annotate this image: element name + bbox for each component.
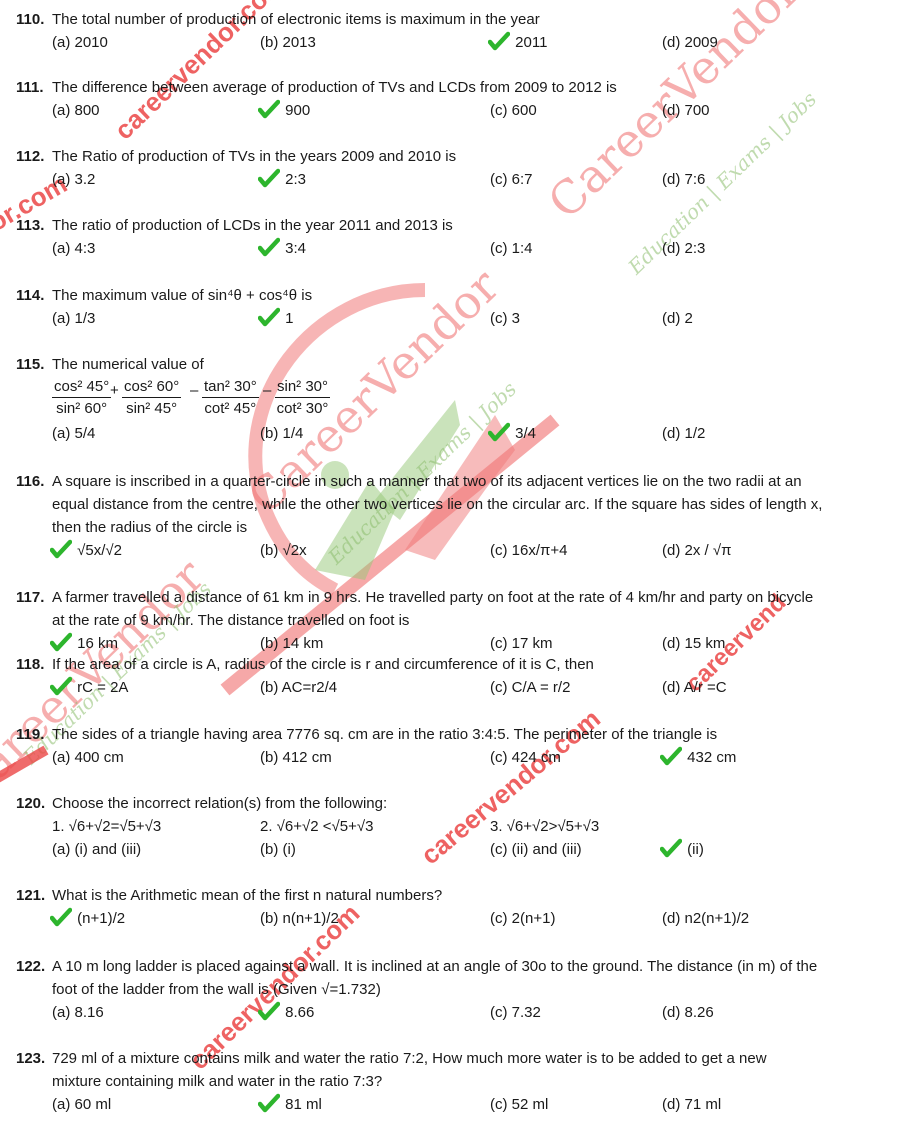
- question-text: then the radius of the circle is: [52, 516, 880, 539]
- option-a[interactable]: 16 km: [52, 632, 118, 655]
- option-label: (c) 424 cm: [490, 749, 561, 766]
- question-text: If the area of a circle is A, radius of …: [52, 653, 880, 676]
- option-a[interactable]: (a) 5/4: [52, 422, 95, 445]
- question-number: 120.: [16, 792, 45, 815]
- option-label: (b) AC=r2/4: [260, 679, 337, 696]
- question-line: 117.A farmer travelled a distance of 61 …: [0, 586, 900, 609]
- question-text: equal distance from the centre, while th…: [52, 493, 880, 516]
- question-text: mixture containing milk and water in the…: [52, 1070, 880, 1093]
- option-label: (d) n2(n+1)/2: [662, 910, 749, 927]
- question-number: 111.: [16, 76, 44, 99]
- expression-operator: –: [190, 382, 198, 399]
- option-label: 1: [285, 310, 293, 327]
- option-b[interactable]: 900: [260, 99, 310, 122]
- options-row: (a) 1/3 1(c) 3(d) 2: [0, 307, 900, 330]
- option-label: (d) A/r =C: [662, 679, 727, 696]
- option-d[interactable]: (ii): [662, 838, 704, 861]
- option-label: 432 cm: [687, 749, 736, 766]
- option-label: (d) 15 km: [662, 635, 725, 652]
- option-b[interactable]: 3:4: [260, 237, 306, 260]
- option-label: (a) 1/3: [52, 310, 95, 327]
- question-number: 123.: [16, 1047, 45, 1070]
- option-d[interactable]: (d) A/r =C: [662, 676, 727, 699]
- option-label: (c) 17 km: [490, 635, 553, 652]
- options-row: (a) (i) and (iii)(b) (i)(c) (ii) and (ii…: [0, 838, 900, 861]
- option-label: (a) 2010: [52, 34, 108, 51]
- option-label: (d) 7:6: [662, 171, 705, 188]
- question-text: foot of the ladder from the wall is (Giv…: [52, 978, 880, 1001]
- option-c[interactable]: 3/4: [490, 422, 536, 445]
- option-a[interactable]: (a) 1/3: [52, 307, 95, 330]
- option-b[interactable]: (b) 14 km: [260, 632, 323, 655]
- option-label: (c) 3: [490, 310, 520, 327]
- option-label: (d) 2009: [662, 34, 718, 51]
- question-line: 122.A 10 m long ladder is placed against…: [0, 955, 900, 978]
- option-d[interactable]: 432 cm: [662, 746, 736, 769]
- question-line: 115.The numerical value of: [0, 353, 900, 376]
- correct-check-icon: [52, 634, 72, 650]
- question-number: 118.: [16, 653, 44, 676]
- option-a[interactable]: (a) 3.2: [52, 168, 95, 191]
- option-a[interactable]: (a) (i) and (iii): [52, 838, 141, 861]
- fraction-denominator: sin² 45°: [122, 398, 181, 419]
- question-text: at the rate of 9 km/hr. The distance tra…: [52, 609, 880, 632]
- option-label: (a) 4:3: [52, 240, 95, 257]
- option-label: (c) 7.32: [490, 1004, 541, 1021]
- option-a[interactable]: (n+1)/2: [52, 907, 125, 930]
- option-label: (b) 412 cm: [260, 749, 332, 766]
- statement: 1. √6+√2=√5+√3: [52, 815, 161, 838]
- option-c[interactable]: (c) 16x/π+4: [490, 539, 567, 562]
- question-text: A 10 m long ladder is placed against a w…: [52, 955, 880, 978]
- correct-check-icon: [260, 239, 280, 255]
- option-c[interactable]: (c) 6:7: [490, 168, 533, 191]
- correct-check-icon: [662, 840, 682, 856]
- option-a[interactable]: (a) 60 ml: [52, 1093, 111, 1116]
- correct-check-icon: [52, 541, 72, 557]
- fraction-numerator: cos² 60°: [122, 376, 181, 398]
- question-text: What is the Arithmetic mean of the first…: [52, 884, 880, 907]
- option-label: 81 ml: [285, 1096, 322, 1113]
- question-text: The sides of a triangle having area 7776…: [52, 723, 880, 746]
- question-115: 115.The numerical value ofcos² 45°sin² 6…: [0, 353, 900, 445]
- option-label: (a) 8.16: [52, 1004, 104, 1021]
- option-d[interactable]: (d) 71 ml: [662, 1093, 721, 1116]
- options-row: √5x/√2(b) √2x(c) 16x/π+4(d) 2x / √π: [0, 539, 900, 562]
- option-b[interactable]: (b) 1/4: [260, 422, 303, 445]
- question-number: 116.: [16, 470, 44, 493]
- question-line: 111.The difference between average of pr…: [0, 76, 900, 99]
- correct-check-icon: [662, 748, 682, 764]
- options-row: (n+1)/2(b) n(n+1)/2(c) 2(n+1)(d) n2(n+1)…: [0, 907, 900, 930]
- correct-check-icon: [52, 678, 72, 694]
- fraction-denominator: sin² 60°: [52, 398, 111, 419]
- options-row: (a) 800 900(c) 600(d) 700: [0, 99, 900, 122]
- option-c[interactable]: (c) 600: [490, 99, 537, 122]
- question-line: 112.The Ratio of production of TVs in th…: [0, 145, 900, 168]
- option-c[interactable]: (c) 424 cm: [490, 746, 561, 769]
- option-c[interactable]: (c) 2(n+1): [490, 907, 555, 930]
- fraction-numerator: tan² 30°: [202, 376, 259, 398]
- statement: 2. √6+√2 <√5+√3: [260, 815, 373, 838]
- question-116: 116.A square is inscribed in a quarter-c…: [0, 470, 900, 562]
- option-b[interactable]: (b) (i): [260, 838, 296, 861]
- question-line: 118.If the area of a circle is A, radius…: [0, 653, 900, 676]
- option-d[interactable]: (d) 1/2: [662, 422, 705, 445]
- options-row: 16 km(b) 14 km(c) 17 km(d) 15 km: [0, 632, 900, 655]
- option-label: (a) 800: [52, 102, 100, 119]
- question-line: 119.The sides of a triangle having area …: [0, 723, 900, 746]
- option-label: (d) 8.26: [662, 1004, 714, 1021]
- question-118: 118.If the area of a circle is A, radius…: [0, 653, 900, 699]
- option-label: (d) 2: [662, 310, 693, 327]
- option-b[interactable]: (b) 412 cm: [260, 746, 332, 769]
- option-d[interactable]: (d) 15 km: [662, 632, 725, 655]
- options-row: rC = 2A(b) AC=r2/4(c) C/A = r/2(d) A/r =…: [0, 676, 900, 699]
- option-label: (ii): [687, 841, 704, 858]
- question-121: 121.What is the Arithmetic mean of the f…: [0, 884, 900, 930]
- expression-operator: –: [263, 382, 271, 399]
- option-a[interactable]: (a) 4:3: [52, 237, 95, 260]
- question-text: The numerical value of: [52, 353, 880, 376]
- question-number: 121.: [16, 884, 45, 907]
- option-label: (a) 400 cm: [52, 749, 124, 766]
- options-row: (a) 5/4(b) 1/4 3/4(d) 1/2: [0, 422, 900, 445]
- question-number: 114.: [16, 284, 44, 307]
- question-text: A square is inscribed in a quarter-circl…: [52, 470, 880, 493]
- option-label: (c) 6:7: [490, 171, 533, 188]
- options-row: (a) 4:3 3:4(c) 1:4(d) 2:3: [0, 237, 900, 260]
- question-line: 116.A square is inscribed in a quarter-c…: [0, 470, 900, 493]
- fraction-denominator: cot² 30°: [275, 398, 330, 419]
- option-label: 16 km: [77, 635, 118, 652]
- question-line: 114.The maximum value of sin⁴θ + cos⁴θ i…: [0, 284, 900, 307]
- option-d[interactable]: (d) 8.26: [662, 1001, 714, 1024]
- option-label: (a) 60 ml: [52, 1096, 111, 1113]
- question-line: 110.The total number of production of el…: [0, 8, 900, 31]
- question-text: 729 ml of a mixture contains milk and wa…: [52, 1047, 880, 1070]
- option-label: (c) 52 ml: [490, 1096, 548, 1113]
- question-line: foot of the ladder from the wall is (Giv…: [0, 978, 900, 1001]
- option-label: 2011: [515, 34, 547, 51]
- option-c[interactable]: (c) 52 ml: [490, 1093, 548, 1116]
- question-number: 119.: [16, 723, 44, 746]
- option-label: (b) 1/4: [260, 425, 303, 442]
- fraction: sin² 30°cot² 30°: [275, 376, 330, 419]
- options-row: (a) 60 ml 81 ml(c) 52 ml(d) 71 ml: [0, 1093, 900, 1116]
- fraction-numerator: cos² 45°: [52, 376, 111, 398]
- question-text: The total number of production of electr…: [52, 8, 880, 31]
- option-label: 2:3: [285, 171, 306, 188]
- question-line: 121.What is the Arithmetic mean of the f…: [0, 884, 900, 907]
- question-122: 122.A 10 m long ladder is placed against…: [0, 955, 900, 1024]
- option-a[interactable]: √5x/√2: [52, 539, 122, 562]
- question-number: 115.: [16, 353, 44, 376]
- option-label: (c) C/A = r/2: [490, 679, 570, 696]
- option-d[interactable]: (d) 700: [662, 99, 710, 122]
- question-number: 112.: [16, 145, 44, 168]
- option-label: (d) 71 ml: [662, 1096, 721, 1113]
- correct-check-icon: [260, 1003, 280, 1019]
- question-119: 119.The sides of a triangle having area …: [0, 723, 900, 769]
- option-label: (b) √2x: [260, 542, 307, 559]
- fraction-denominator: cot² 45°: [202, 398, 259, 419]
- option-c[interactable]: 2011: [490, 31, 547, 54]
- option-label: (d) 2x / √π: [662, 542, 731, 559]
- question-text: The difference between average of produc…: [52, 76, 880, 99]
- question-120: 120.Choose the incorrect relation(s) fro…: [0, 792, 900, 861]
- question-110: 110.The total number of production of el…: [0, 8, 900, 54]
- option-b[interactable]: (b) n(n+1)/2: [260, 907, 339, 930]
- option-d[interactable]: (d) n2(n+1)/2: [662, 907, 749, 930]
- option-label: (d) 2:3: [662, 240, 705, 257]
- option-label: 8.66: [285, 1004, 314, 1021]
- option-d[interactable]: (d) 7:6: [662, 168, 705, 191]
- option-d[interactable]: (d) 2x / √π: [662, 539, 731, 562]
- correct-check-icon: [490, 424, 510, 440]
- question-111: 111.The difference between average of pr…: [0, 76, 900, 122]
- option-d[interactable]: (d) 2: [662, 307, 693, 330]
- question-line: equal distance from the centre, while th…: [0, 493, 900, 516]
- correct-check-icon: [260, 170, 280, 186]
- question-line: mixture containing milk and water in the…: [0, 1070, 900, 1093]
- correct-check-icon: [260, 1095, 280, 1111]
- options-row: (a) 400 cm(b) 412 cm(c) 424 cm 432 cm: [0, 746, 900, 769]
- option-label: (c) (ii) and (iii): [490, 841, 582, 858]
- options-row: (a) 3.2 2:3(c) 6:7(d) 7:6: [0, 168, 900, 191]
- option-a[interactable]: rC = 2A: [52, 676, 128, 699]
- question-text: A farmer travelled a distance of 61 km i…: [52, 586, 880, 609]
- option-a[interactable]: (a) 800: [52, 99, 100, 122]
- option-b[interactable]: (b) AC=r2/4: [260, 676, 337, 699]
- option-label: (b) 14 km: [260, 635, 323, 652]
- correct-check-icon: [260, 101, 280, 117]
- option-b[interactable]: 81 ml: [260, 1093, 322, 1116]
- question-number: 122.: [16, 955, 45, 978]
- option-label: (d) 1/2: [662, 425, 705, 442]
- option-b[interactable]: 1: [260, 307, 294, 330]
- option-label: (b) (i): [260, 841, 296, 858]
- option-label: (c) 600: [490, 102, 537, 119]
- option-label: rC = 2A: [77, 679, 128, 696]
- question-text: The maximum value of sin⁴θ + cos⁴θ is: [52, 284, 880, 307]
- option-b[interactable]: (b) 2013: [260, 31, 316, 54]
- question-line: then the radius of the circle is: [0, 516, 900, 539]
- statement: 3. √6+√2>√5+√3: [490, 815, 599, 838]
- option-label: 3/4: [515, 425, 536, 442]
- option-b[interactable]: 2:3: [260, 168, 306, 191]
- fraction-numerator: sin² 30°: [275, 376, 330, 398]
- option-label: (a) (i) and (iii): [52, 841, 141, 858]
- option-label: 900: [285, 102, 310, 119]
- question-113: 113.The ratio of production of LCDs in t…: [0, 214, 900, 260]
- question-text: The Ratio of production of TVs in the ye…: [52, 145, 880, 168]
- correct-check-icon: [260, 309, 280, 325]
- quiz-page: CareerVendor Education | Exams | Jobs Ca…: [0, 0, 900, 1141]
- option-label: (d) 700: [662, 102, 710, 119]
- option-label: (c) 1:4: [490, 240, 533, 257]
- option-label: (b) n(n+1)/2: [260, 910, 339, 927]
- question-line: 120.Choose the incorrect relation(s) fro…: [0, 792, 900, 815]
- fraction: cos² 45°sin² 60°: [52, 376, 111, 419]
- fraction: tan² 30°cot² 45°: [202, 376, 259, 419]
- question-123: 123.729 ml of a mixture contains milk an…: [0, 1047, 900, 1116]
- option-label: (c) 16x/π+4: [490, 542, 567, 559]
- option-d[interactable]: (d) 2009: [662, 31, 718, 54]
- option-b[interactable]: 8.66: [260, 1001, 314, 1024]
- fraction: cos² 60°sin² 45°: [122, 376, 181, 419]
- question-number: 113.: [16, 214, 44, 237]
- option-c[interactable]: (c) 7.32: [490, 1001, 541, 1024]
- question-text: Choose the incorrect relation(s) from th…: [52, 792, 880, 815]
- correct-check-icon: [52, 909, 72, 925]
- question-117: 117.A farmer travelled a distance of 61 …: [0, 586, 900, 655]
- options-row: (a) 8.16 8.66(c) 7.32(d) 8.26: [0, 1001, 900, 1024]
- option-c[interactable]: (c) 17 km: [490, 632, 553, 655]
- option-label: (b) 2013: [260, 34, 316, 51]
- question-line: 123.729 ml of a mixture contains milk an…: [0, 1047, 900, 1070]
- option-label: 3:4: [285, 240, 306, 257]
- option-d[interactable]: (d) 2:3: [662, 237, 705, 260]
- option-label: (a) 3.2: [52, 171, 95, 188]
- option-label: (c) 2(n+1): [490, 910, 555, 927]
- option-label: (a) 5/4: [52, 425, 95, 442]
- options-row: (a) 2010(b) 2013 2011(d) 2009: [0, 31, 900, 54]
- option-c[interactable]: (c) 1:4: [490, 237, 533, 260]
- expression-operator: +: [110, 382, 119, 399]
- option-a[interactable]: (a) 400 cm: [52, 746, 124, 769]
- question-text: The ratio of production of LCDs in the y…: [52, 214, 880, 237]
- statement-row: 1. √6+√2=√5+√32. √6+√2 <√5+√33. √6+√2>√5…: [0, 815, 900, 838]
- question-112: 112.The Ratio of production of TVs in th…: [0, 145, 900, 191]
- trig-expression: cos² 45°sin² 60°+cos² 60°sin² 45°–tan² 3…: [0, 376, 900, 422]
- option-label: (n+1)/2: [77, 910, 125, 927]
- option-c[interactable]: (c) C/A = r/2: [490, 676, 570, 699]
- option-c[interactable]: (c) 3: [490, 307, 520, 330]
- question-114: 114.The maximum value of sin⁴θ + cos⁴θ i…: [0, 284, 900, 330]
- question-line: at the rate of 9 km/hr. The distance tra…: [0, 609, 900, 632]
- option-b[interactable]: (b) √2x: [260, 539, 307, 562]
- option-c[interactable]: (c) (ii) and (iii): [490, 838, 582, 861]
- question-number: 117.: [16, 586, 44, 609]
- option-a[interactable]: (a) 2010: [52, 31, 108, 54]
- question-line: 113.The ratio of production of LCDs in t…: [0, 214, 900, 237]
- question-number: 110.: [16, 8, 44, 31]
- correct-check-icon: [490, 33, 510, 49]
- option-label: √5x/√2: [77, 542, 122, 559]
- option-a[interactable]: (a) 8.16: [52, 1001, 104, 1024]
